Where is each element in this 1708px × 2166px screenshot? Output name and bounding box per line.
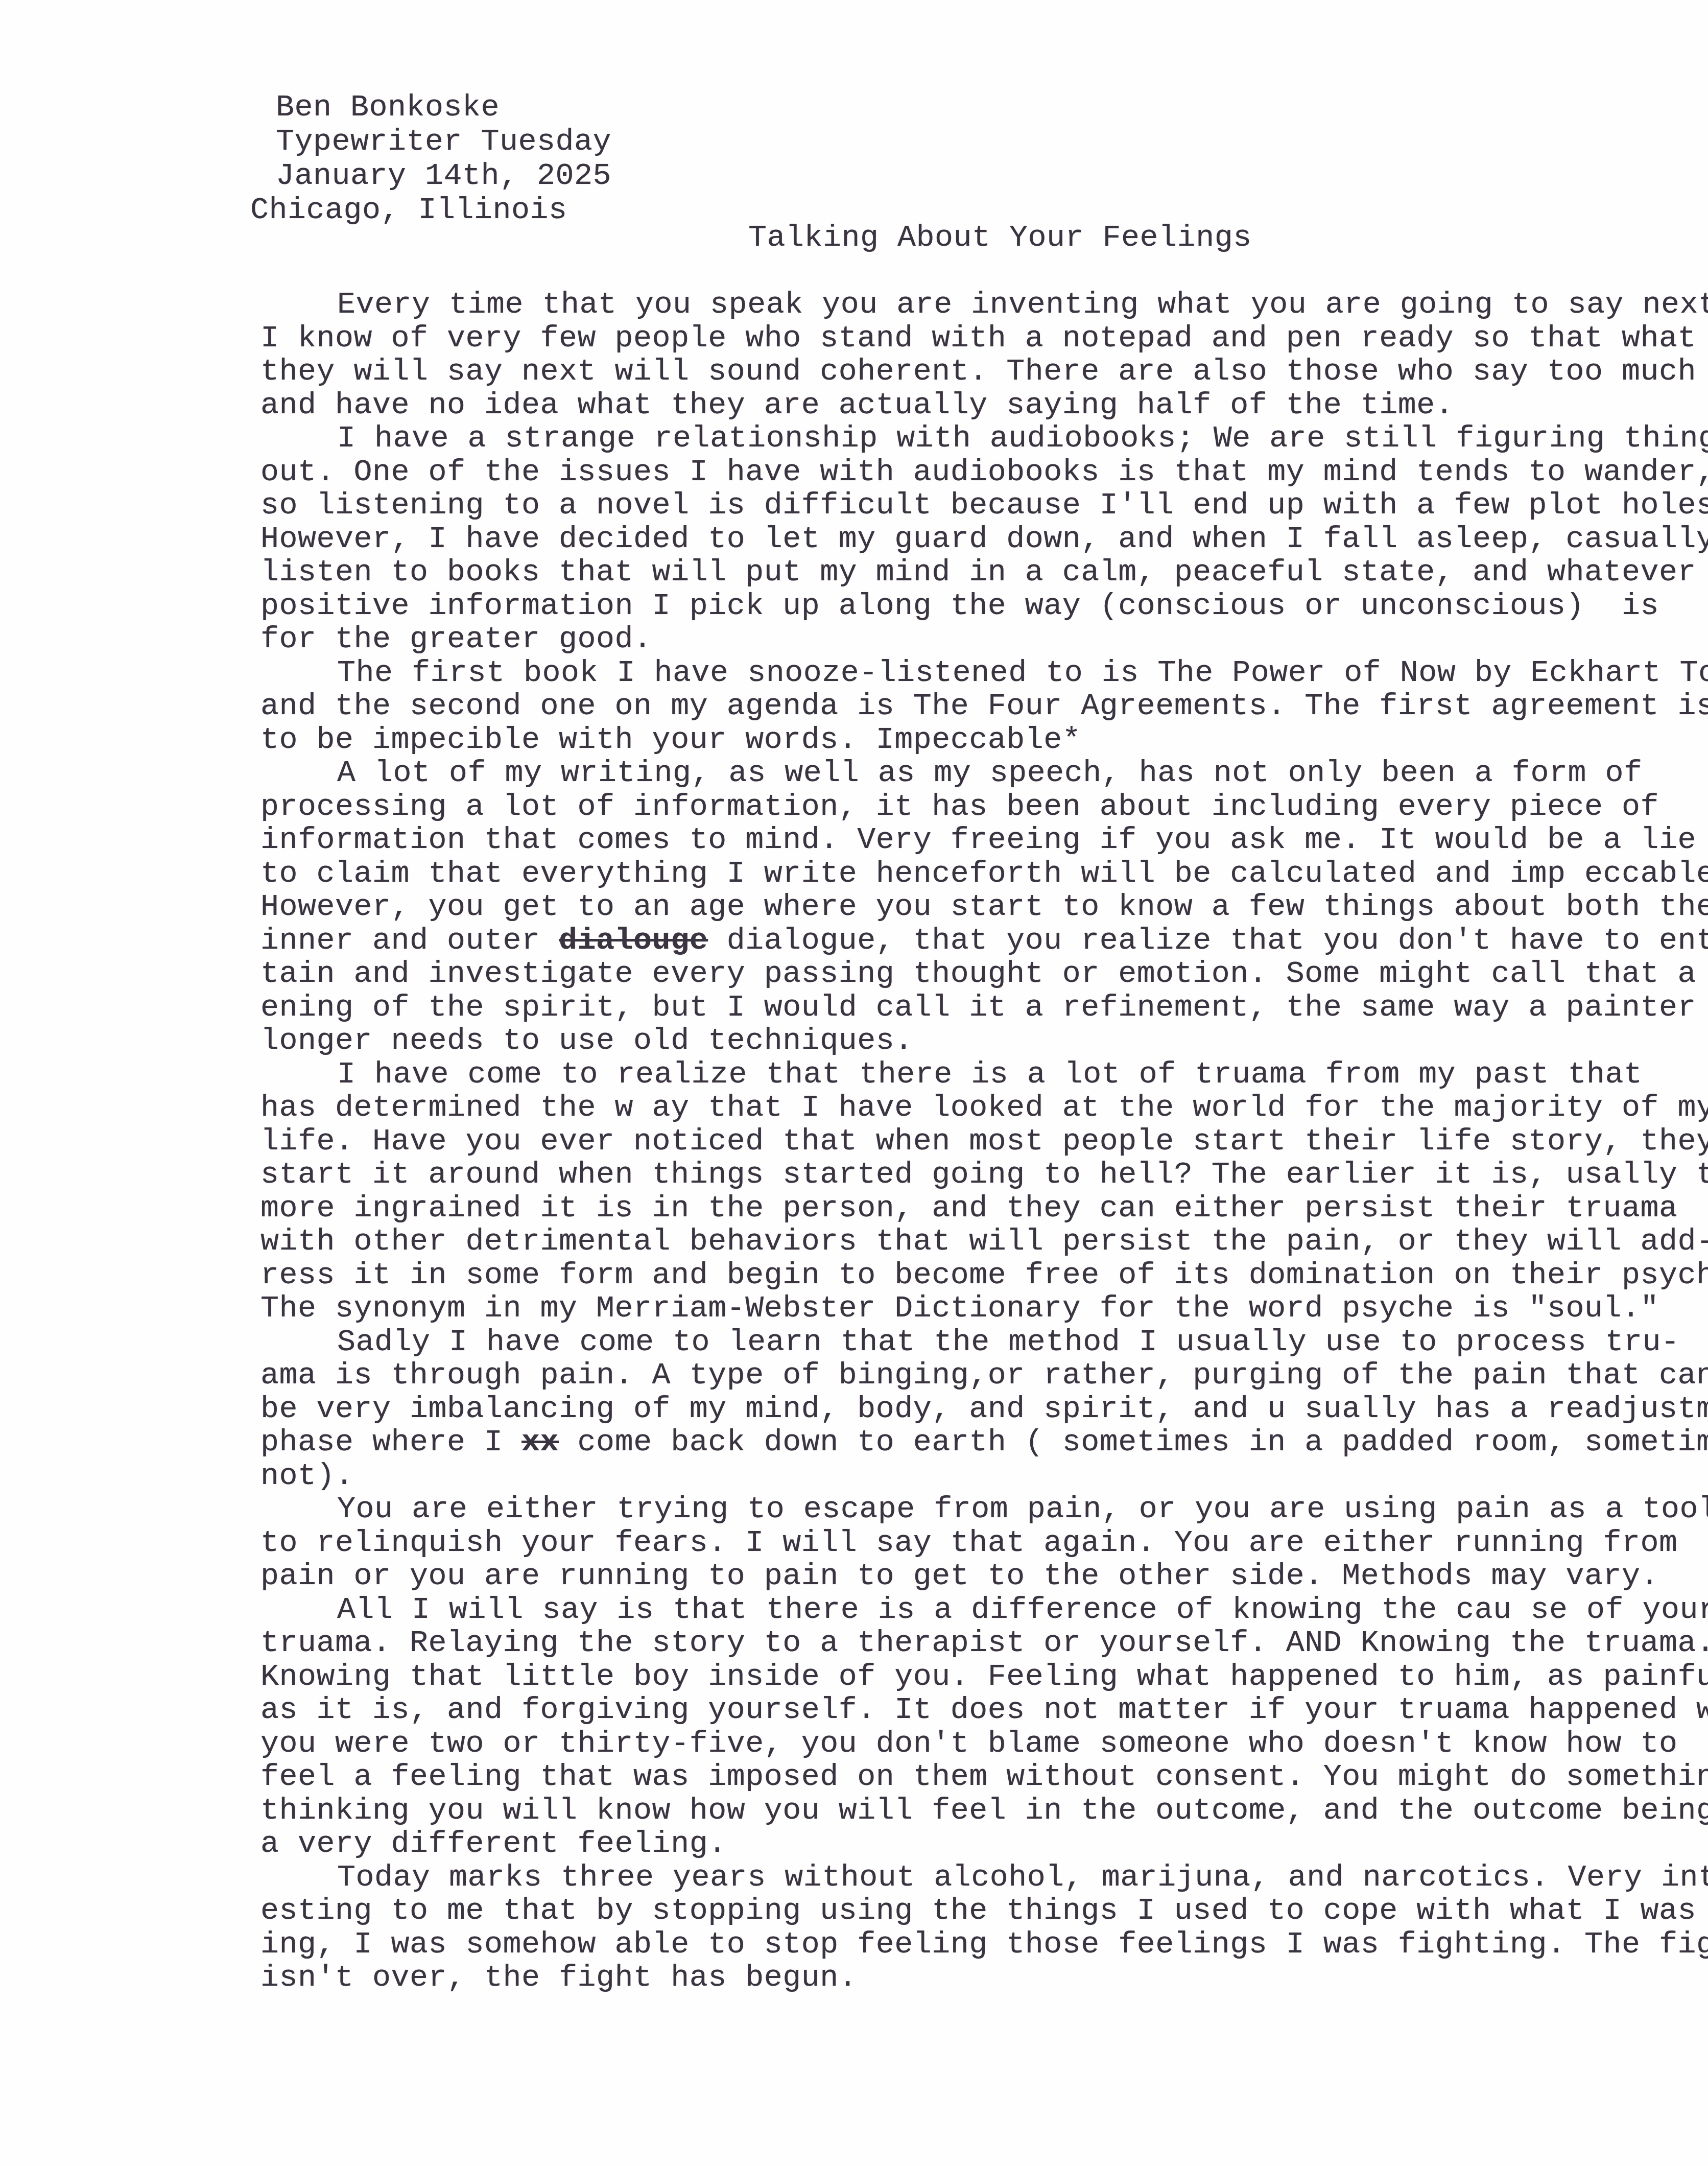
text-line: ama is through pain. A type of binging,o… (260, 1359, 1640, 1393)
text-line: to claim that everything I write hencefo… (260, 858, 1640, 891)
series-name: Typewriter Tuesday (250, 125, 611, 159)
document-date: January 14th, 2025 (250, 159, 611, 194)
text-line: thinking you will know how you will feel… (260, 1795, 1640, 1828)
text-segment: phase where I (260, 1425, 521, 1460)
text-line: so listening to a novel is difficult bec… (260, 489, 1640, 523)
text-line: you were two or thirty-five, you don't b… (260, 1728, 1640, 1761)
text-line: has determined the w ay that I have look… (260, 1092, 1640, 1125)
text-line: inner and outer dialouge dialogue, that … (260, 925, 1640, 958)
text-line: The first book I have snooze-listened to… (260, 657, 1640, 691)
text-line: Today marks three years without alcohol,… (260, 1862, 1640, 1895)
text-line: The synonym in my Merriam-Webster Dictio… (260, 1292, 1640, 1326)
text-segment: inner and outer (260, 924, 559, 958)
text-line: start it around when things started goin… (260, 1159, 1640, 1192)
typed-page: Ben Bonkoske Typewriter Tuesday January … (0, 0, 1708, 2166)
text-line: listen to books that will put my mind in… (260, 556, 1640, 590)
text-line: and the second one on my agenda is The F… (260, 690, 1640, 724)
text-line: they will say next will sound coherent. … (260, 356, 1640, 389)
author-name: Ben Bonkoske (250, 91, 611, 125)
text-line: Sadly I have come to learn that the meth… (260, 1326, 1640, 1360)
text-line: I know of very few people who stand with… (260, 322, 1640, 356)
text-line: phase where I xx come back down to earth… (260, 1426, 1640, 1460)
text-line: I have come to realize that there is a l… (260, 1058, 1640, 1092)
text-line: positive information I pick up along the… (260, 590, 1640, 624)
text-line: tain and investigate every passing thoug… (260, 958, 1640, 992)
text-line: not). (260, 1460, 1640, 1494)
text-line: and have no idea what they are actually … (260, 389, 1640, 423)
text-line: Knowing that little boy inside of you. F… (260, 1661, 1640, 1694)
text-line: Every time that you speak you are invent… (260, 289, 1640, 322)
text-line: longer needs to use old techniques. (260, 1025, 1640, 1058)
text-line: to relinquish your fears. I will say tha… (260, 1527, 1640, 1561)
document-header: Ben Bonkoske Typewriter Tuesday January … (250, 91, 611, 228)
text-line: with other detrimental behaviors that wi… (260, 1226, 1640, 1259)
text-line: ing, I was somehow able to stop feeling … (260, 1928, 1640, 1962)
text-line: esting to me that by stopping using the … (260, 1895, 1640, 1928)
text-segment: come back down to earth ( sometimes in a… (559, 1425, 1708, 1460)
text-line: processing a lot of information, it has … (260, 791, 1640, 825)
struck-out-word: xx (521, 1425, 559, 1460)
text-line: life. Have you ever noticed that when mo… (260, 1125, 1640, 1159)
struck-out-word: dialouge (559, 924, 708, 958)
text-line: ening of the spirit, but I would call it… (260, 992, 1640, 1025)
text-line: to be impecible with your words. Impecca… (260, 724, 1640, 758)
text-line: However, I have decided to let my guard … (260, 523, 1640, 557)
text-line: A lot of my writing, as well as my speec… (260, 757, 1640, 791)
text-line: ress it in some form and begin to become… (260, 1259, 1640, 1293)
document-location: Chicago, Illinois (250, 194, 611, 228)
text-line: a very different feeling. (260, 1828, 1640, 1862)
text-line: as it is, and forgiving yourself. It doe… (260, 1694, 1640, 1728)
text-line: feel a feeling that was imposed on them … (260, 1761, 1640, 1795)
text-line: information that comes to mind. Very fre… (260, 824, 1640, 858)
text-line: You are either trying to escape from pai… (260, 1493, 1640, 1527)
text-line: isn't over, the fight has begun. (260, 1962, 1640, 1995)
text-line: However, you get to an age where you sta… (260, 891, 1640, 925)
text-line: All I will say is that there is a differ… (260, 1594, 1640, 1628)
text-line: be very imbalancing of my mind, body, an… (260, 1393, 1640, 1427)
text-line: pain or you are running to pain to get t… (260, 1560, 1640, 1594)
text-line: I have a strange relationship with audio… (260, 422, 1640, 456)
document-body: Every time that you speak you are invent… (260, 289, 1640, 1995)
text-line: truama. Relaying the story to a therapis… (260, 1627, 1640, 1661)
text-line: more ingrained it is in the person, and … (260, 1192, 1640, 1226)
text-segment: dialogue, that you realize that you don'… (708, 924, 1708, 958)
text-line: out. One of the issues I have with audio… (260, 456, 1640, 490)
document-title: Talking About Your Feelings (748, 221, 1252, 255)
text-line: for the greater good. (260, 623, 1640, 657)
